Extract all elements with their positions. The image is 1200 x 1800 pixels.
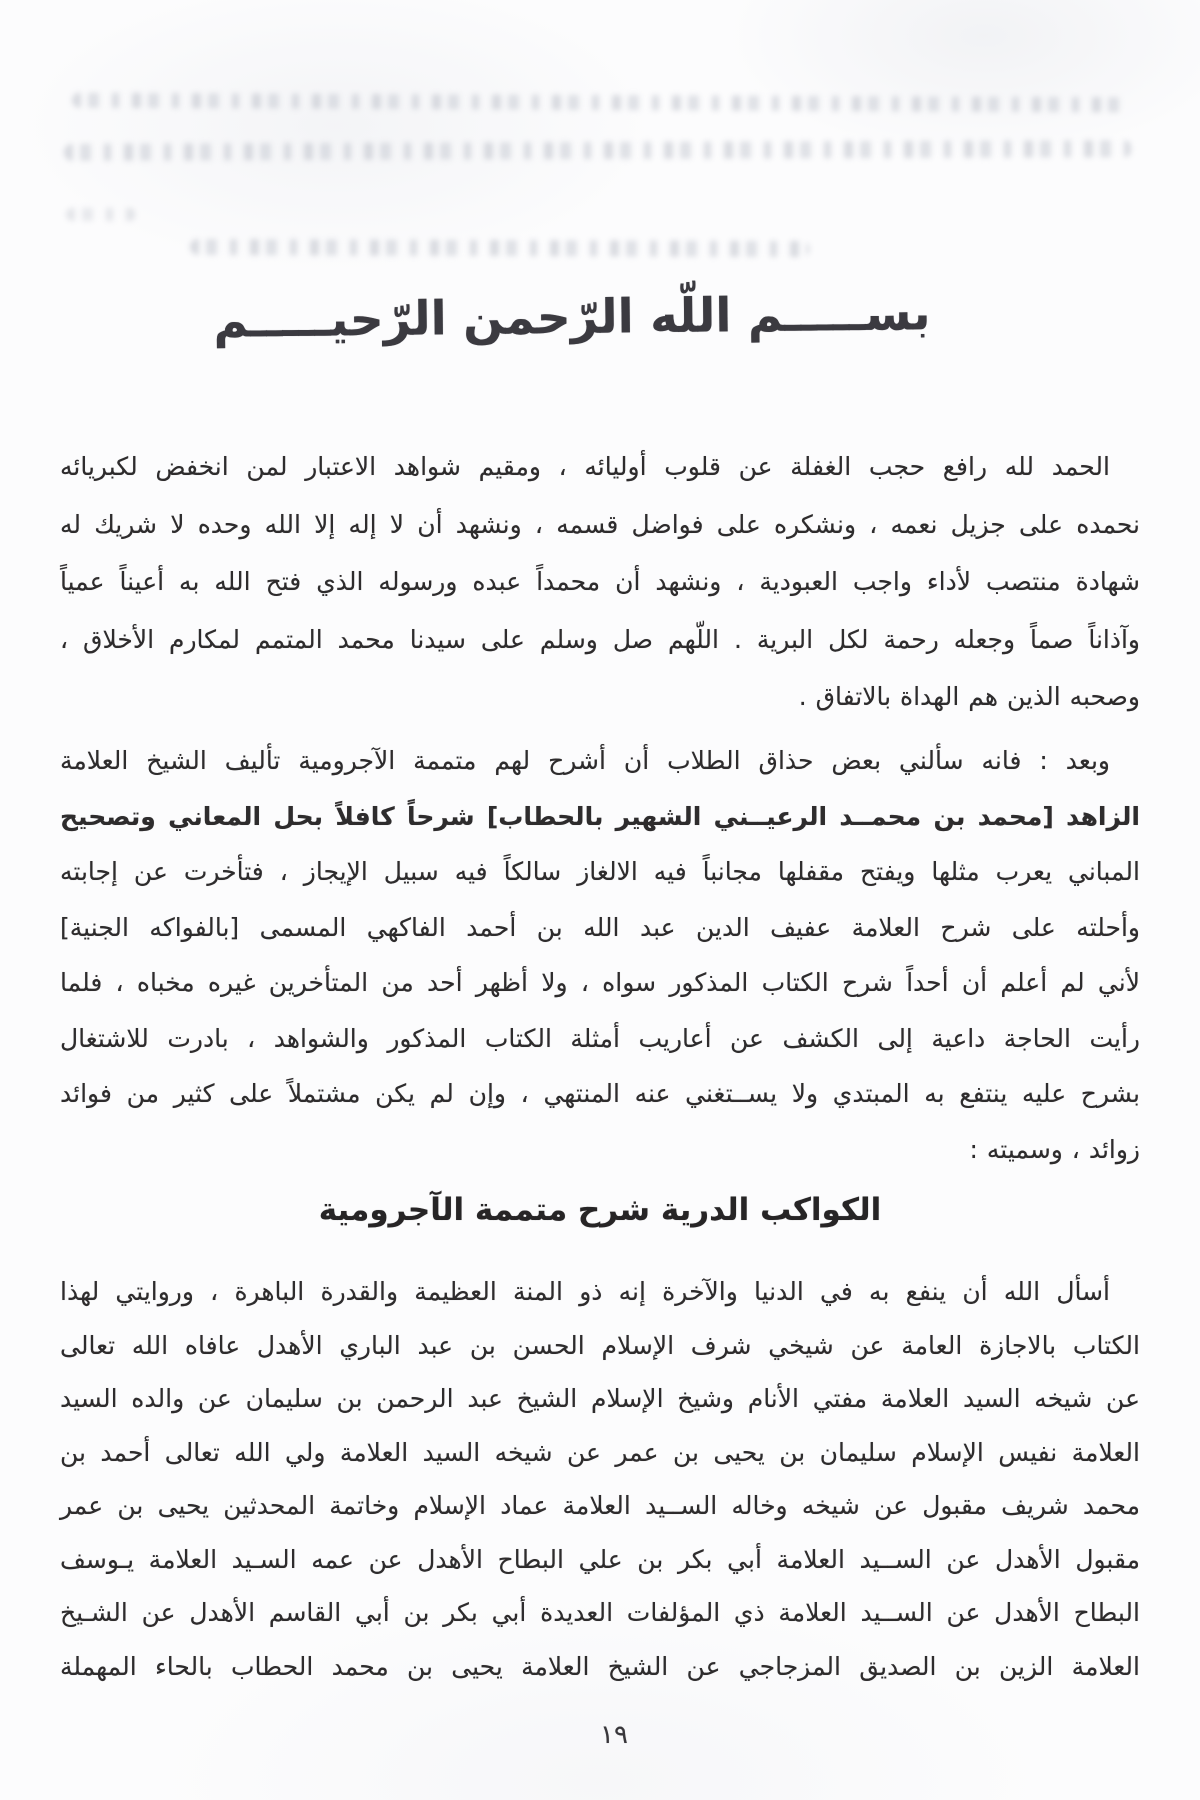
- text-line: وآذاناً صماً وجعله رحمة لكل البرية . الل…: [60, 611, 1140, 669]
- text-line: المباني يعرب مثلها ويفتح مقفلها مجانباً …: [60, 844, 1140, 900]
- text-line: بشرح عليه ينتفع به المبتدي ولا يســتغني …: [60, 1066, 1140, 1122]
- paragraph-isnad: أسأل الله أن ينفع به في الدنيا والآخرة إ…: [60, 1265, 1140, 1693]
- text-line: محمد شريف مقبول عن شيخه وخاله الســيد ال…: [60, 1479, 1140, 1533]
- text-line: البطاح الأهدل عن الســيد العلامة ذي المؤ…: [60, 1586, 1140, 1640]
- text-line: عن شيخه السيد العلامة مفتي الأنام وشيخ ا…: [60, 1372, 1140, 1426]
- bleed-through-line: [64, 140, 1132, 161]
- text-line: مقبول الأهدل عن الســيد العلامة أبي بكر …: [60, 1533, 1140, 1587]
- text-line: الحمد لله رافع حجب الغفلة عن قلوب أوليائ…: [60, 438, 1140, 496]
- text-line: وبعد : فانه سألني بعض حذاق الطلاب أن أشر…: [60, 733, 1140, 789]
- paragraph-preface: وبعد : فانه سألني بعض حذاق الطلاب أن أشر…: [60, 733, 1140, 1177]
- text-line: شهادة منتصب لأداء واجب العبودية ، ونشهد …: [60, 553, 1140, 611]
- bleed-through-line: [72, 93, 1128, 113]
- text-line: العلامة الزين بن الصديق المزجاجي عن الشي…: [60, 1640, 1140, 1694]
- text-line: وأحلته على شرح العلامة عفيف الدين عبد ال…: [60, 900, 1140, 956]
- bleed-through-mark: [66, 208, 136, 221]
- text-line: زوائد ، وسميته :: [60, 1122, 1140, 1178]
- text-line: أسأل الله أن ينفع به في الدنيا والآخرة إ…: [60, 1265, 1140, 1319]
- basmala-calligraphy: بســـــم اللّه الرّحمن الرّحيـــــم: [0, 284, 1172, 352]
- text-line: رأيت الحاجة داعية إلى الكشف عن أعاريب أم…: [60, 1011, 1140, 1067]
- text-line: العلامة نفيس الإسلام سليمان بن يحيى بن ع…: [60, 1426, 1140, 1480]
- text-line-author-name: الزاهد [محمد بن محمــد الرعيــني الشهير …: [60, 789, 1140, 845]
- text-line: نحمده على جزيل نعمه ، ونشكره على فواضل ق…: [60, 496, 1140, 554]
- page-number: ١٩: [14, 1720, 1200, 1750]
- section-heading-book-title: الكواكب الدرية شرح متممة الآجرومية: [0, 1192, 1200, 1228]
- text-line: وصحبه الذين هم الهداة بالاتفاق .: [60, 668, 1140, 726]
- text-line: لأني لم أعلم أن أحداً شرح الكتاب المذكور…: [60, 955, 1140, 1011]
- paragraph-opening: الحمد لله رافع حجب الغفلة عن قلوب أوليائ…: [60, 438, 1140, 726]
- bleed-through-line: [190, 239, 810, 257]
- text-line: الكتاب بالاجازة العامة عن شيخي شرف الإسل…: [60, 1319, 1140, 1373]
- scanned-book-page: بســـــم اللّه الرّحمن الرّحيـــــم الحم…: [0, 0, 1200, 1800]
